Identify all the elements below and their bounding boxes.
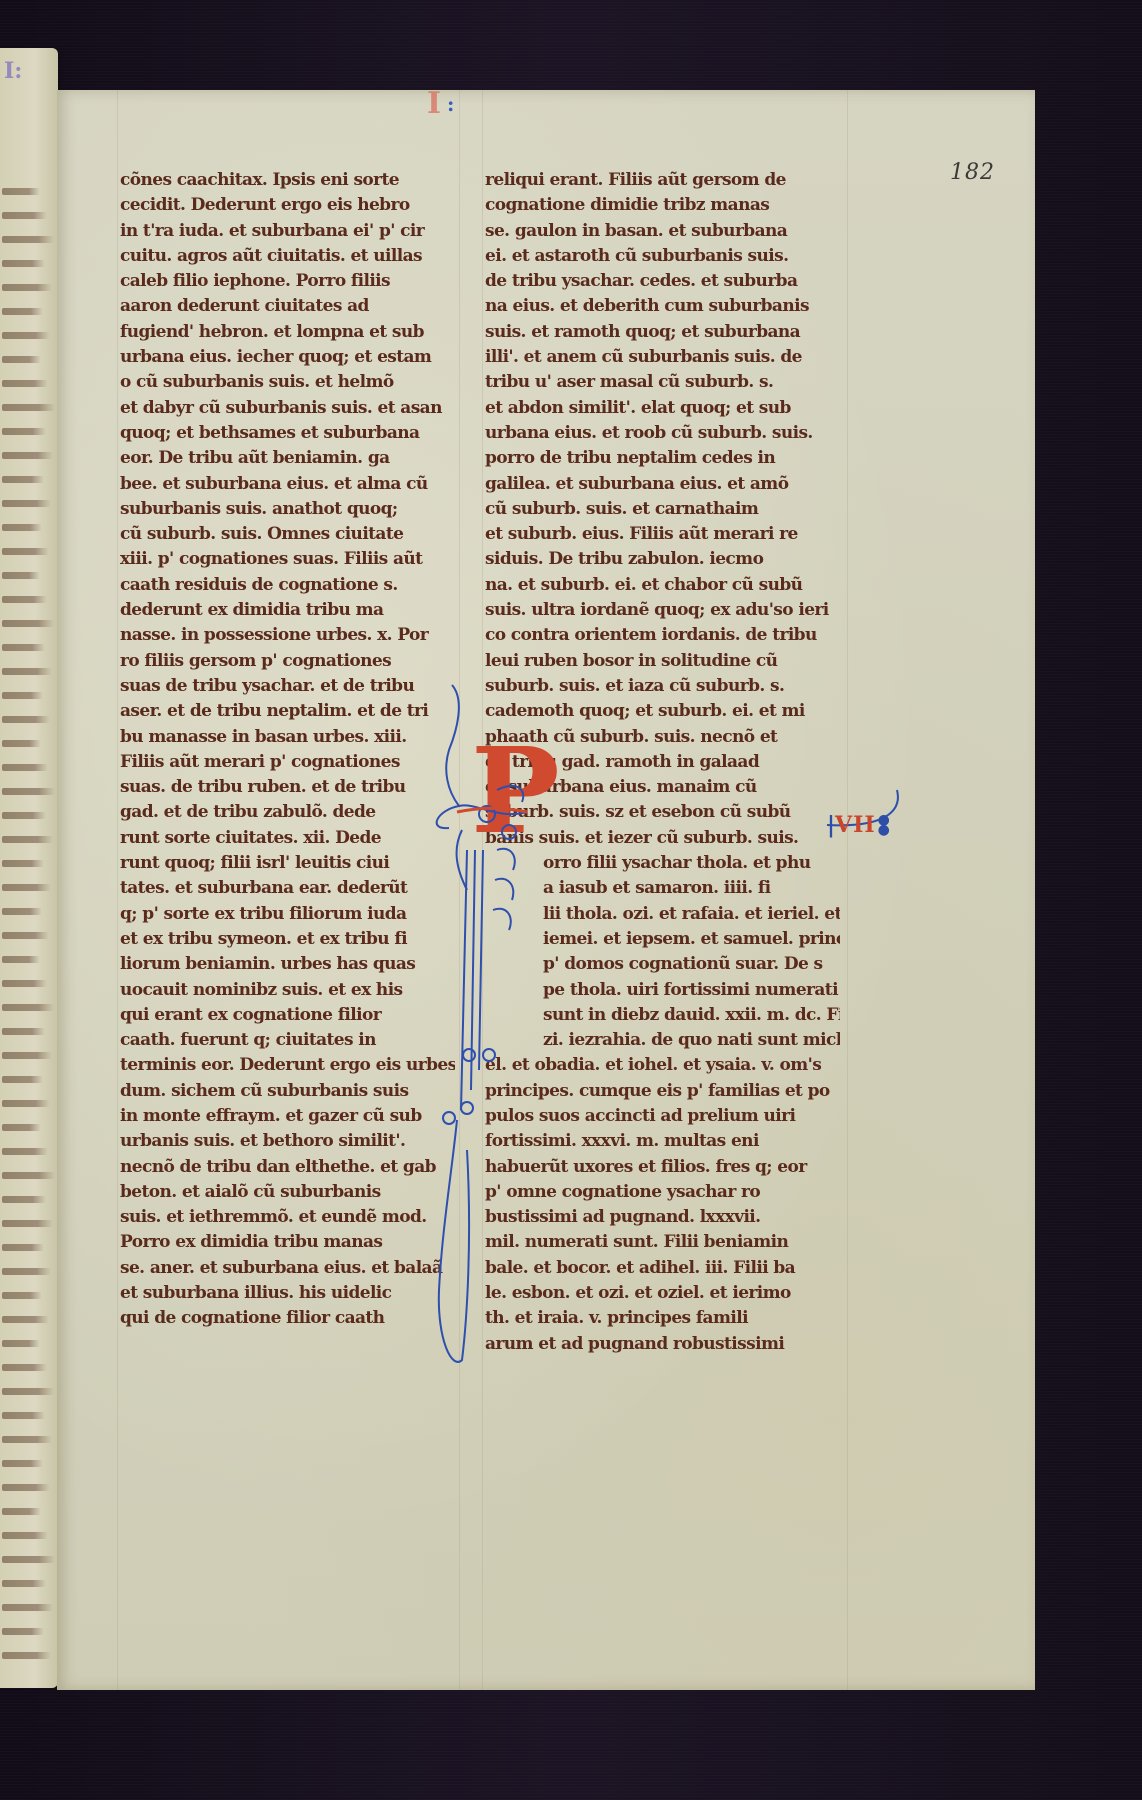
text-line: illi'. et anem cũ suburbanis suis. de — [485, 345, 840, 370]
text-line: urbanis suis. et bethoro similit'. — [120, 1129, 455, 1154]
previous-leaf-edge: I: — [0, 48, 58, 1688]
text-column-left: cõnes caachitax. Ipsis eni sortececidit.… — [120, 168, 455, 1332]
chapter-dots-icon: ●● — [878, 815, 890, 835]
folio-number: 182 — [950, 160, 995, 185]
text-line: th. et iraia. v. principes famili — [485, 1306, 840, 1331]
text-line: suas de tribu ysachar. et de tribu — [120, 674, 455, 699]
ruling-vertical — [482, 90, 483, 1690]
text-line: fugiend' hebron. et lompna et sub — [120, 320, 455, 345]
text-line: aaron dederunt ciuitates ad — [120, 294, 455, 319]
text-line: se. aner. et suburbana eius. et balaã — [120, 1256, 455, 1281]
ruling-vertical — [459, 90, 460, 1690]
running-head-blue: : — [447, 92, 454, 116]
text-line: de tribu ysachar. cedes. et suburba — [485, 269, 840, 294]
text-line: runt sorte ciuitates. xii. Dede — [120, 826, 455, 851]
text-line: le. esbon. et ozi. et oziel. et ierimo — [485, 1281, 840, 1306]
chapter-number-text: VII — [835, 812, 876, 838]
text-line: suas. de tribu ruben. et de tribu — [120, 775, 455, 800]
text-line: uocauit nominibz suis. et ex his — [120, 978, 455, 1003]
text-line: bustissimi ad pugnand. lxxxvii. — [485, 1205, 840, 1230]
text-line: qui erant ex cognatione filior — [120, 1003, 455, 1028]
text-line: quoq; et bethsames et suburbana — [120, 421, 455, 446]
text-line: et abdon similit'. elat quoq; et sub — [485, 396, 840, 421]
text-line: fortissimi. xxxvi. m. multas eni — [485, 1129, 840, 1154]
text-line: dederunt ex dimidia tribu ma — [120, 598, 455, 623]
text-line: in monte effraym. et gazer cũ sub — [120, 1104, 455, 1129]
text-line: in t'ra iuda. et suburbana ei' p' cir — [120, 219, 455, 244]
text-line: leui ruben bosor in solitudine cũ — [485, 649, 840, 674]
text-line: qui de cognatione filior caath — [120, 1306, 455, 1331]
text-line: zi. iezrahia. de quo nati sunt micha — [485, 1028, 840, 1053]
text-line: Porro ex dimidia tribu manas — [120, 1230, 455, 1255]
text-line: aser. et de tribu neptalim. et de tri — [120, 699, 455, 724]
text-line: na eius. et deberith cum suburbanis — [485, 294, 840, 319]
text-line: arum et ad pugnand robustissimi — [485, 1332, 840, 1357]
chapter-number: | VII ●● — [827, 812, 890, 838]
ruling-vertical — [847, 90, 848, 1690]
text-line: a iasub et samaron. iiii. fi — [485, 876, 840, 901]
text-line: Filiis aũt merari p' cognationes — [120, 750, 455, 775]
initial-letter: P — [471, 732, 560, 850]
text-line: p' domos cognationũ suar. De s — [485, 952, 840, 977]
text-line: se. gaulon in basan. et suburbana — [485, 219, 840, 244]
text-line: ro filiis gersom p' cognationes — [120, 649, 455, 674]
text-line: tates. et suburbana ear. dederũt — [120, 876, 455, 901]
text-line: et dabyr cũ suburbanis suis. et asan — [120, 396, 455, 421]
text-line: urbana eius. et roob cũ suburb. suis. — [485, 421, 840, 446]
text-line: ei. et astaroth cũ suburbanis suis. — [485, 244, 840, 269]
text-line: suis. et iethremmõ. et eundẽ mod. — [120, 1205, 455, 1230]
text-line: caleb filio iephone. Porro filiis — [120, 269, 455, 294]
text-line: liorum beniamin. urbes has quas — [120, 952, 455, 977]
running-head: I : — [427, 86, 454, 121]
running-head-red: I — [427, 86, 441, 121]
text-line: porro de tribu neptalim cedes in — [485, 446, 840, 471]
text-line: necnõ de tribu dan elthethe. et gab — [120, 1155, 455, 1180]
text-line: siduis. De tribu zabulon. iecmo — [485, 547, 840, 572]
text-line: o cũ suburbanis suis. et helmõ — [120, 370, 455, 395]
text-line: bee. et suburbana eius. et alma cũ — [120, 472, 455, 497]
text-line: bale. et bocor. et adihel. iii. Filii ba — [485, 1256, 840, 1281]
text-line: gad. et de tribu zabulõ. dede — [120, 800, 455, 825]
text-line: suburb. suis. et iaza cũ suburb. s. — [485, 674, 840, 699]
text-line: caath. fuerunt q; ciuitates in — [120, 1028, 455, 1053]
text-line: eor. De tribu aũt beniamin. ga — [120, 446, 455, 471]
text-line: pulos suos accincti ad prelium uiri — [485, 1104, 840, 1129]
text-line: sunt in diebz dauid. xxii. m. dc. Filii … — [485, 1003, 840, 1028]
text-line: co contra orientem iordanis. de tribu — [485, 623, 840, 648]
text-line: dum. sichem cũ suburbanis suis — [120, 1079, 455, 1104]
decorated-initial: P — [467, 740, 535, 870]
text-line: nasse. in possessione urbes. x. Por — [120, 623, 455, 648]
text-line: runt quoq; filii isrl' leuitis ciui — [120, 851, 455, 876]
text-line: lii thola. ozi. et rafaia. et ieriel. et — [485, 902, 840, 927]
text-line: cuitu. agros aũt ciuitatis. et uillas — [120, 244, 455, 269]
text-line: cũ suburb. suis. Omnes ciuitate — [120, 522, 455, 547]
text-line: et suburb. eius. Filiis aũt merari re — [485, 522, 840, 547]
text-line: mil. numerati sunt. Filii beniamin — [485, 1230, 840, 1255]
text-line: bu manasse in basan urbes. xiii. — [120, 725, 455, 750]
text-line: suis. ultra iordanẽ quoq; ex adu'so ieri — [485, 598, 840, 623]
text-line: cecidit. Dederunt ergo eis hebro — [120, 193, 455, 218]
text-line: habuerũt uxores et filios. fres q; eor — [485, 1155, 840, 1180]
previous-leaf-red-blue-mark: I: — [4, 58, 22, 84]
manuscript-page: I : 182 cõnes caachitax. Ipsis eni sorte… — [57, 90, 1035, 1690]
text-line: xiii. p' cognationes suas. Filiis aũt — [120, 547, 455, 572]
ruling-vertical — [117, 90, 118, 1690]
text-line: caath residuis de cognatione s. — [120, 573, 455, 598]
text-line: urbana eius. iecher quoq; et estam — [120, 345, 455, 370]
text-line: suburbanis suis. anathot quoq; — [120, 497, 455, 522]
text-line: beton. et aialõ cũ suburbanis — [120, 1180, 455, 1205]
text-line: cõnes caachitax. Ipsis eni sorte — [120, 168, 455, 193]
text-line: terminis eor. Dederunt ergo eis urbes ad… — [120, 1053, 455, 1078]
text-line: na. et suburb. ei. et chabor cũ subũ — [485, 573, 840, 598]
text-line: et ex tribu symeon. et ex tribu fi — [120, 927, 455, 952]
text-line: et suburbana illius. his uidelic — [120, 1281, 455, 1306]
text-line: q; p' sorte ex tribu filiorum iuda — [120, 902, 455, 927]
text-line: cũ suburb. suis. et carnathaim — [485, 497, 840, 522]
text-line: suis. et ramoth quoq; et suburbana — [485, 320, 840, 345]
text-line: reliqui erant. Filiis aũt gersom de — [485, 168, 840, 193]
text-line: p' omne cognatione ysachar ro — [485, 1180, 840, 1205]
text-line: iemei. et iepsem. et samuel. principes — [485, 927, 840, 952]
text-line: galilea. et suburbana eius. et amõ — [485, 472, 840, 497]
text-line: el. et obadia. et iohel. et ysaia. v. om… — [485, 1053, 840, 1078]
text-line: cognatione dimidie tribz manas — [485, 193, 840, 218]
previous-leaf-text — [2, 188, 54, 1676]
text-line: principes. cumque eis p' familias et po — [485, 1079, 840, 1104]
text-line: pe thola. uiri fortissimi numerati — [485, 978, 840, 1003]
text-line: tribu u' aser masal cũ suburb. s. — [485, 370, 840, 395]
